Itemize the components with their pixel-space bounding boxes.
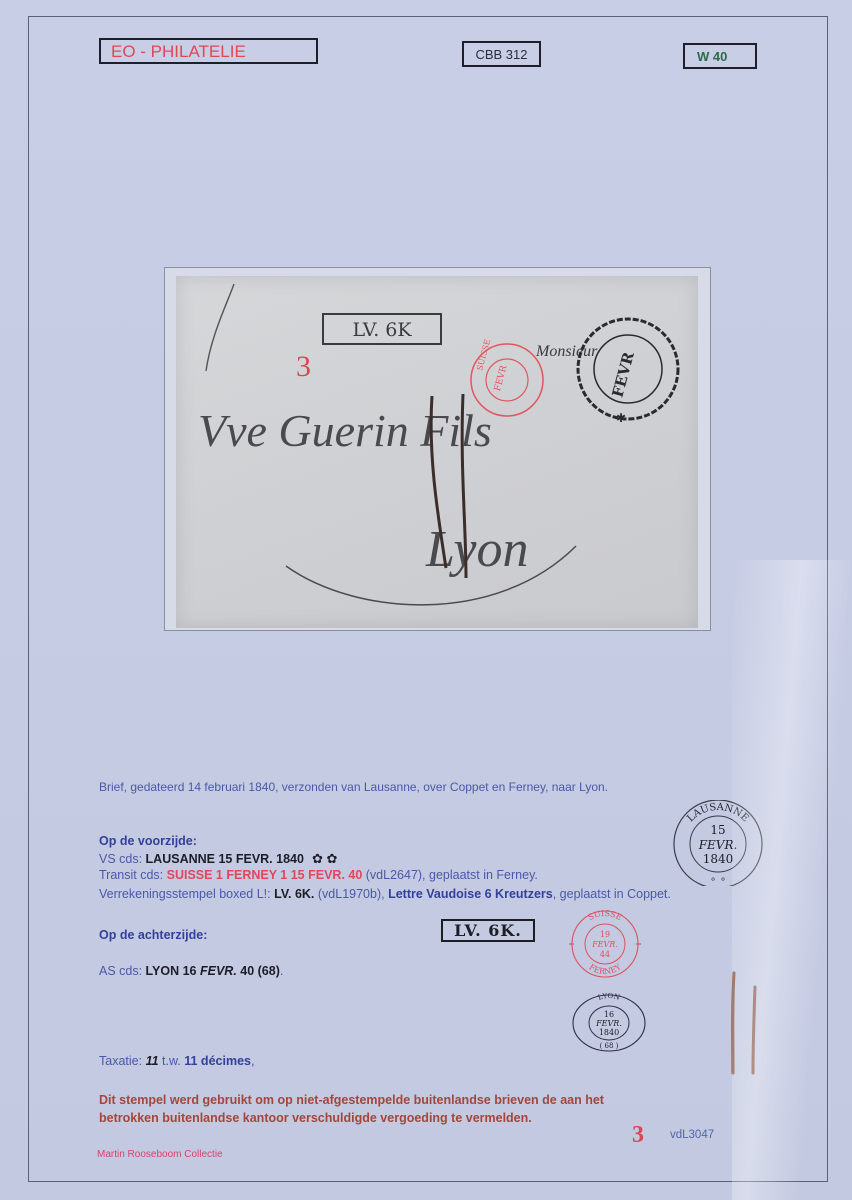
suisse-ferney-cds-illustration: SUISSE FERNEY 19 FEVR. 44	[565, 908, 645, 978]
album-page: EO - PHILATELIE CBB 312 W 40 LV. 6K 3 FE…	[0, 0, 852, 1200]
vs-cds-value: LAUSANNE 15 FEVR. 1840	[146, 852, 304, 866]
letter-description: Brief, gedateerd 14 februari 1840, verzo…	[99, 780, 608, 794]
svg-text:FEVR: FEVR	[608, 350, 637, 400]
svg-text:FEVR: FEVR	[493, 364, 509, 392]
svg-text:SUISSE: SUISSE	[587, 909, 624, 922]
verrekening-meaning: Lettre Vaudoise 6 Kreutzers	[388, 887, 553, 901]
as-cds-label: AS cds:	[99, 964, 146, 978]
letter-cover-photo: LV. 6K 3 FEVR SUISSE FEVR ✱ Monsieur Vve…	[176, 276, 698, 628]
lv-6k-illustration: LV. 6K.	[441, 919, 535, 942]
svg-text:SUISSE: SUISSE	[475, 338, 492, 371]
svg-text:⚬ ⚬: ⚬ ⚬	[709, 874, 727, 884]
lyon-cds-illustration: LYON 16 FEVR. 1840 ( 68 )	[570, 993, 648, 1053]
as-cds-line: AS cds: LYON 16 FEVR. 40 (68).	[99, 964, 283, 978]
red-numeral-illustration: 3	[632, 1122, 644, 1149]
svg-text:Vve Guerin Fils: Vve Guerin Fils	[198, 405, 492, 456]
lausanne-cds-illustration: LAUSANNE 15 FEVR. 1840 ⚬ ⚬	[668, 800, 768, 886]
red-numeral-catalog: vdL3047	[670, 1129, 714, 1141]
svg-text:3: 3	[296, 350, 311, 383]
note-line-2: betrokken buitenlandse kantoor verschuld…	[99, 1111, 532, 1125]
svg-text:16: 16	[604, 1010, 614, 1019]
verrekening-value: LV. 6K.	[274, 887, 314, 901]
lv-6k-handstamp: LV. 6K	[323, 314, 441, 344]
catalog-reference-box: CBB 312	[462, 41, 541, 67]
vs-cds-label: VS cds:	[99, 852, 146, 866]
svg-text:15: 15	[710, 823, 725, 837]
flower-ornament-icon: ✿ ✿	[312, 851, 337, 867]
svg-text:✱: ✱	[616, 411, 626, 425]
vs-cds-line: VS cds: LAUSANNE 15 FEVR. 1840✿ ✿	[99, 851, 337, 867]
page-code-box: W 40	[683, 43, 757, 69]
back-heading: Op de achterzijde:	[99, 928, 207, 942]
svg-text:( 68 ): ( 68 )	[600, 1042, 619, 1050]
svg-text:Monsieur: Monsieur	[535, 343, 598, 360]
tax-11-illustration	[722, 965, 772, 1075]
collection-credit: Martin Rooseboom Collectie	[97, 1149, 223, 1160]
verrekening-line: Verrekeningsstempel boxed L!: LV. 6K. (v…	[99, 887, 671, 901]
svg-text:44: 44	[600, 950, 610, 959]
svg-text:FEVR.: FEVR.	[595, 1019, 622, 1028]
verrekening-reference: (vdL1970b),	[314, 887, 388, 901]
verrekening-label: Verrekeningsstempel boxed L!:	[99, 887, 274, 901]
taxation-label: Taxatie:	[99, 1054, 146, 1068]
svg-text:LAUSANNE: LAUSANNE	[685, 802, 750, 825]
page-header-title: EO - PHILATELIE	[99, 38, 318, 64]
svg-text:FEVR.: FEVR.	[698, 838, 738, 852]
note-line-1: Dit stempel werd gebruikt om op niet-afg…	[99, 1093, 604, 1107]
front-heading: Op de voorzijde:	[99, 834, 197, 848]
transit-cds-value: SUISSE 1 FERNEY 1 15 FEVR. 40	[167, 868, 363, 882]
letter-cover-drawing: LV. 6K 3 FEVR SUISSE FEVR ✱ Monsieur Vve…	[176, 276, 698, 628]
svg-text:FEVR.: FEVR.	[591, 940, 618, 949]
lausanne-origin-stamp: FEVR ✱	[578, 319, 678, 425]
svg-text:19: 19	[600, 930, 610, 939]
transit-cds-label: Transit cds:	[99, 868, 167, 882]
taxation-line: Taxatie: 11 t.w. 11 décimes,	[99, 1054, 254, 1068]
svg-text:1840: 1840	[703, 852, 734, 866]
svg-text:LYON: LYON	[597, 993, 621, 1002]
svg-text:LV. 6K: LV. 6K	[352, 319, 412, 341]
transit-cds-line: Transit cds: SUISSE 1 FERNEY 1 15 FEVR. …	[99, 868, 538, 882]
transit-cds-reference: (vdL2647), geplaatst in Ferney.	[362, 868, 538, 882]
svg-text:1840: 1840	[599, 1028, 619, 1037]
verrekening-place: , geplaatst in Coppet.	[553, 887, 671, 901]
